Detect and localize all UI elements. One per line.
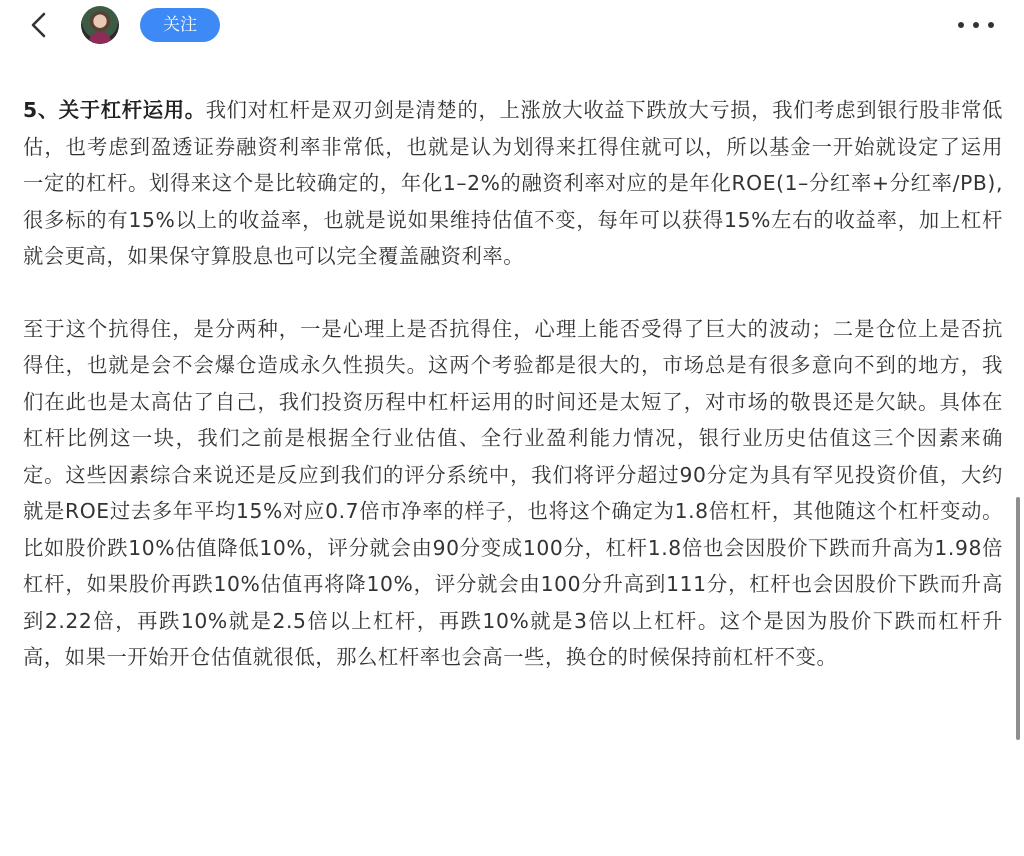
section-heading: 5、关于杠杆运用。	[23, 98, 206, 122]
back-button[interactable]	[24, 8, 54, 42]
avatar-image-detail	[89, 32, 111, 44]
paragraph-text: 至于这个抗得住，是分两种，一是心理上是否抗得住，心理上能否受得了巨大的波动；二是…	[23, 317, 1003, 670]
follow-button[interactable]: 关注	[140, 8, 220, 42]
author-avatar[interactable]	[81, 6, 119, 44]
article-paragraph: 5、关于杠杆运用。我们对杠杆是双刃剑是清楚的，上涨放大收益下跌放大亏损，我们考虑…	[23, 92, 1003, 275]
article-body: 5、关于杠杆运用。我们对杠杆是双刃剑是清楚的，上涨放大收益下跌放大亏损，我们考虑…	[23, 92, 1003, 676]
top-navigation-bar: 关注	[0, 0, 1024, 52]
chevron-left-icon	[24, 8, 54, 42]
more-dot-icon	[973, 22, 979, 28]
more-options-button[interactable]	[958, 14, 994, 36]
article-paragraph: 至于这个抗得住，是分两种，一是心理上是否抗得住，心理上能否受得了巨大的波动；二是…	[23, 311, 1003, 676]
vertical-scrollbar[interactable]	[1016, 497, 1020, 740]
paragraph-text: 我们对杠杆是双刃剑是清楚的，上涨放大收益下跌放大亏损，我们考虑到银行股非常低估，…	[23, 98, 1003, 268]
more-dot-icon	[988, 22, 994, 28]
more-dot-icon	[958, 22, 964, 28]
